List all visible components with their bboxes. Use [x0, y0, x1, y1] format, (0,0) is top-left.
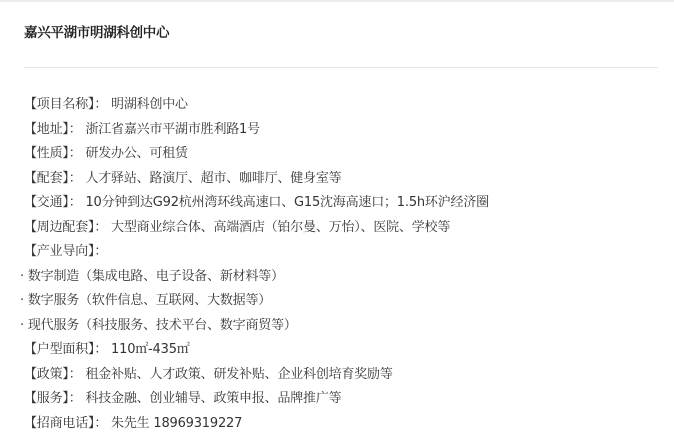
industry-item-digital-services: · 数字服务（软件信息、互联网、大数据等） — [0, 289, 674, 314]
field-contact-phone: 【招商电话】： 朱先生 18969319227 — [0, 412, 674, 436]
field-label: 【户型面积】 — [24, 342, 94, 357]
field-label: 【性质】 — [24, 146, 69, 161]
field-value: 110㎡-435㎡ — [111, 342, 190, 357]
field-value: 10分钟到达G92杭州湾环线高速口、G15沈海高速口；1.5h环沪经济圈 — [85, 195, 489, 210]
field-separator: ： — [94, 97, 111, 112]
field-value: 科技金融、创业辅导、政策申报、品牌推广等 — [85, 391, 341, 406]
field-address: 【地址】： 浙江省嘉兴市平湖市胜利路1号 — [0, 118, 674, 143]
field-surroundings: 【周边配套】： 大型商业综合体、高端酒店（铂尔曼、万怡）、医院、学校等 — [0, 216, 674, 241]
field-label: 【配套】 — [24, 171, 69, 186]
field-label: 【交通】 — [24, 195, 69, 210]
contact-phone-value: 朱先生 18969319227 — [111, 416, 242, 431]
field-value: 大型商业综合体、高端酒店（铂尔曼、万怡）、医院、学校等 — [111, 220, 450, 235]
field-label: 【周边配套】 — [24, 220, 94, 235]
field-services: 【服务】： 科技金融、创业辅导、政策申报、品牌推广等 — [0, 387, 674, 412]
industry-item-modern-services: · 现代服务（科技服务、技术平台、数字商贸等） — [0, 314, 674, 339]
field-separator: ： — [94, 244, 107, 259]
field-label: 【项目名称】 — [24, 97, 94, 112]
field-value: 研发办公、可租赁 — [85, 146, 187, 161]
field-label: 【服务】 — [24, 391, 69, 406]
field-nature: 【性质】： 研发办公、可租赁 — [0, 142, 674, 167]
field-separator: ： — [94, 416, 111, 431]
top-border — [0, 0, 674, 2]
industry-item-digital-manufacturing: · 数字制造（集成电路、电子设备、新材料等） — [0, 265, 674, 290]
field-industry-orientation: 【产业导向】： — [0, 240, 674, 265]
field-transport: 【交通】： 10分钟到达G92杭州湾环线高速口、G15沈海高速口；1.5h环沪经… — [0, 191, 674, 216]
page-title: 嘉兴平湖市明湖科创中心 — [24, 24, 169, 42]
field-value: 浙江省嘉兴市平湖市胜利路1号 — [85, 122, 259, 137]
field-separator: ： — [69, 122, 86, 137]
field-separator: ： — [69, 391, 86, 406]
field-label: 【招商电话】 — [24, 416, 94, 431]
field-separator: ： — [94, 220, 111, 235]
field-value: 人才驿站、路演厅、超市、咖啡厅、健身室等 — [85, 171, 341, 186]
field-facilities: 【配套】： 人才驿站、路演厅、超市、咖啡厅、健身室等 — [0, 167, 674, 192]
field-separator: ： — [69, 367, 86, 382]
field-label: 【产业导向】 — [24, 244, 94, 259]
field-separator: ： — [69, 195, 86, 210]
field-label: 【政策】 — [24, 367, 69, 382]
project-info: 【项目名称】： 明湖科创中心 【地址】： 浙江省嘉兴市平湖市胜利路1号 【性质】… — [0, 93, 674, 436]
title-divider — [24, 67, 658, 68]
field-policy: 【政策】： 租金补贴、人才政策、研发补贴、企业科创培育奖励等 — [0, 363, 674, 388]
field-label: 【地址】 — [24, 122, 69, 137]
field-project-name: 【项目名称】： 明湖科创中心 — [0, 93, 674, 118]
field-value: 明湖科创中心 — [111, 97, 188, 112]
field-value: 租金补贴、人才政策、研发补贴、企业科创培育奖励等 — [85, 367, 392, 382]
field-separator: ： — [69, 171, 86, 186]
field-separator: ： — [94, 342, 111, 357]
field-separator: ： — [69, 146, 86, 161]
field-unit-area: 【户型面积】： 110㎡-435㎡ — [0, 338, 674, 363]
